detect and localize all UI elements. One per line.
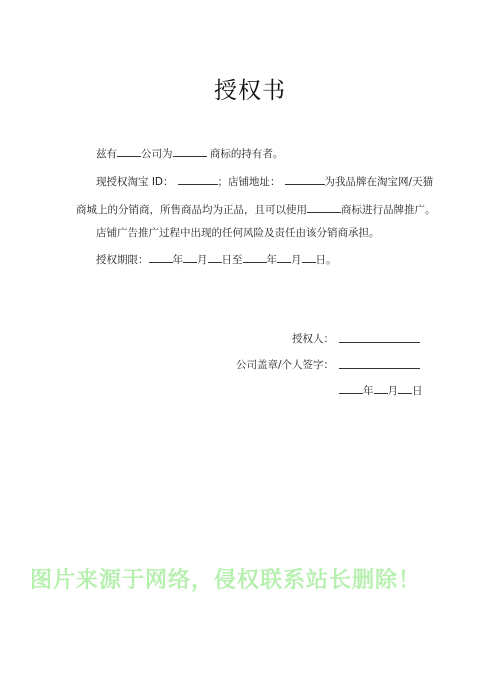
month-label: 月 <box>197 254 208 266</box>
paragraph-liability: 店铺广告推广过程中出现的任何风险及责任由该分销商承担。 <box>96 226 380 240</box>
end-month-blank <box>277 252 291 263</box>
para2-prefix: 现授权淘宝 ID： <box>96 176 174 188</box>
sign-year-blank <box>339 383 363 394</box>
start-day-blank <box>208 252 222 263</box>
end-year-blank <box>243 252 267 263</box>
paragraph-distributor: 商城上的分销商，所售商品均为正品，且可以使用商标进行品牌推广。 <box>76 202 436 217</box>
para3-prefix: 商城上的分销商，所售商品均为正品，且可以使用 <box>76 204 307 216</box>
trademark-blank <box>173 146 207 157</box>
sign-day-blank <box>398 383 412 394</box>
company-blank <box>117 146 141 157</box>
month-label: 月 <box>291 254 302 266</box>
authorizer-label: 授权人： <box>292 331 334 346</box>
para2-suffix: 为我品牌在淘宝网/天猫 <box>325 176 434 188</box>
end-day-blank <box>302 252 316 263</box>
para4-text: 店铺广告推广过程中出现的任何风险及责任由该分销商承担。 <box>96 227 380 239</box>
paragraph-authorization: 现授权淘宝 ID：；店铺地址：为我品牌在淘宝网/天猫 <box>96 174 433 189</box>
start-year-blank <box>149 252 173 263</box>
document-title: 授权书 <box>0 72 500 105</box>
paragraph-holder: 兹有公司为 商标的持有者。 <box>96 146 283 161</box>
signature-date: 年月日 <box>339 383 423 398</box>
seal-label: 公司盖章/个人签字： <box>236 357 334 372</box>
day-label: 日 <box>412 385 423 397</box>
store-address-blank <box>285 174 325 185</box>
paragraph-period: 授权期限：年月日至年月日。 <box>96 252 337 267</box>
year-label: 年 <box>267 254 278 266</box>
month-label: 月 <box>388 385 399 397</box>
sign-month-blank <box>374 383 388 394</box>
para1-mid: 公司为 <box>141 148 173 160</box>
taobao-id-blank <box>178 174 218 185</box>
day-label: 日。 <box>316 254 337 266</box>
para1-prefix: 兹有 <box>96 148 117 160</box>
para3-suffix: 商标进行品牌推广。 <box>341 204 436 216</box>
seal-signature-line <box>339 368 420 369</box>
brand-blank <box>307 202 341 213</box>
year-label: 年 <box>173 254 184 266</box>
day-to-label: 日至 <box>222 254 243 266</box>
year-label: 年 <box>363 385 374 397</box>
period-label: 授权期限： <box>96 254 149 266</box>
authorizer-signature-line <box>339 342 420 343</box>
para2-mid: ；店铺地址： <box>218 176 281 188</box>
watermark-text: 图片来源于网络，侵权联系站长删除！ <box>30 563 421 594</box>
start-month-blank <box>183 252 197 263</box>
para1-suffix: 商标的持有者。 <box>207 148 284 160</box>
